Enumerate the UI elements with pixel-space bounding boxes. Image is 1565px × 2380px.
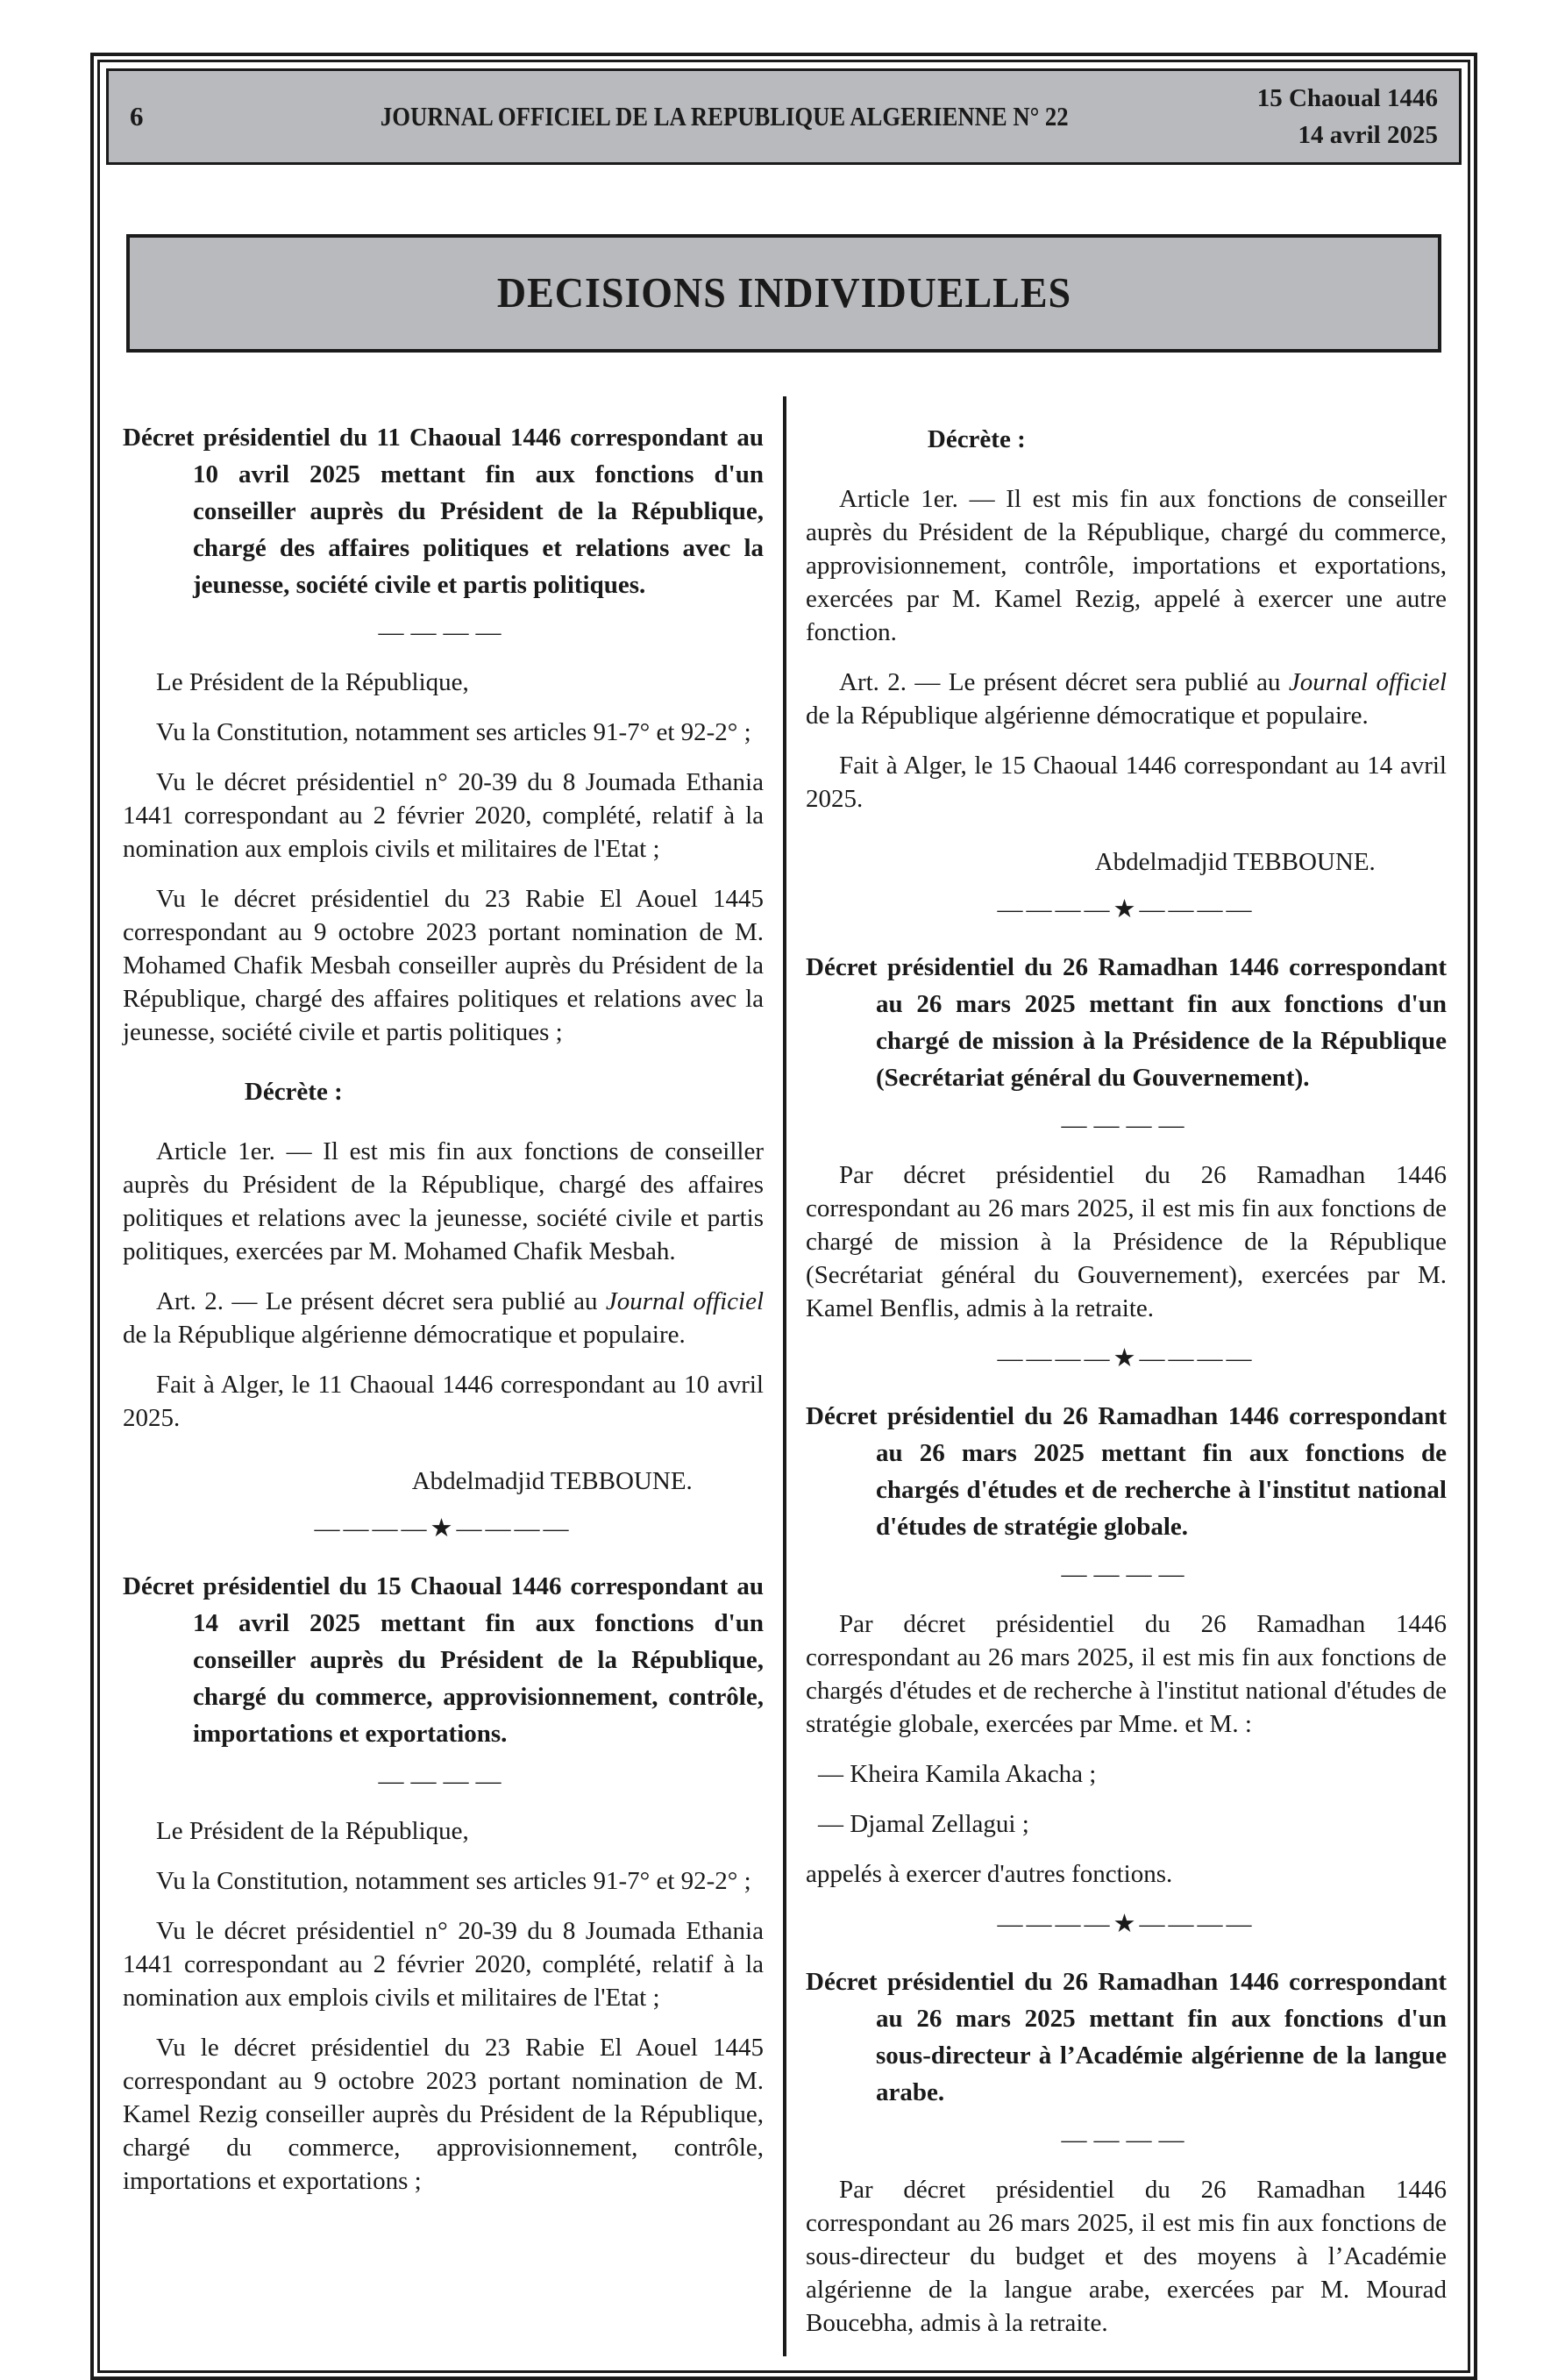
paragraph: Par décret présidentiel du 26 Ramadhan 1…: [806, 1607, 1447, 1741]
paragraph: Le Président de la République,: [123, 1814, 764, 1848]
column-right: Décrète :Article 1er. — Il est mis fin a…: [806, 396, 1447, 2356]
page-number: 6: [130, 101, 191, 132]
decree-heading: Décret présidentiel du 11 Chaoual 1446 c…: [123, 419, 764, 603]
decree-heading: Décret présidentiel du 26 Ramadhan 1446 …: [806, 1398, 1447, 1545]
masthead: 6 JOURNAL OFFICIEL DE LA REPUBLIQUE ALGE…: [106, 68, 1462, 165]
paragraph: Vu la Constitution, notamment ses articl…: [123, 716, 764, 749]
paragraph: Vu la Constitution, notamment ses articl…: [123, 1864, 764, 1898]
paragraph: Vu le décret présidentiel n° 20-39 du 8 …: [123, 1914, 764, 2014]
section-banner: DECISIONS INDIVIDUELLES: [126, 234, 1441, 353]
journal-title-text: JOURNAL OFFICIEL DE LA REPUBLIQUE ALGERI…: [381, 101, 1069, 132]
paragraph: Article 1er. — Il est mis fin aux foncti…: [123, 1135, 764, 1268]
paragraph: Le Président de la République,: [123, 666, 764, 699]
paragraph: Vu le décret présidentiel du 23 Rabie El…: [123, 2031, 764, 2198]
text-run: Art. 2. — Le présent décret sera publié …: [156, 1287, 606, 1315]
list-item: — Djamal Zellagui ;: [818, 1807, 1447, 1841]
paragraph: Par décret présidentiel du 26 Ramadhan 1…: [806, 2173, 1447, 2340]
decrete-label: Décrète :: [928, 423, 1447, 456]
page-frame: 6 JOURNAL OFFICIEL DE LA REPUBLIQUE ALGE…: [90, 53, 1477, 2380]
italic-text: Journal officiel: [1289, 668, 1447, 696]
paragraph: Art. 2. — Le présent décret sera publié …: [806, 666, 1447, 732]
column-left: Décret présidentiel du 11 Chaoual 1446 c…: [123, 396, 764, 2356]
text-run: de la République algérienne démocratique…: [123, 1321, 686, 1349]
date-gregorian: 14 avril 2025: [1257, 117, 1438, 153]
column-divider: [783, 396, 786, 2356]
columns: Décret présidentiel du 11 Chaoual 1446 c…: [100, 389, 1468, 2370]
paragraph: Art. 2. — Le présent décret sera publié …: [123, 1285, 764, 1351]
dash-separator: ————: [806, 1108, 1447, 1142]
page-frame-inner: 6 JOURNAL OFFICIEL DE LA REPUBLIQUE ALGE…: [97, 60, 1470, 2373]
dash-separator: ————: [123, 616, 764, 649]
journal-title: JOURNAL OFFICIEL DE LA REPUBLIQUE ALGERI…: [191, 101, 1257, 132]
signature: Abdelmadjid TEBBOUNE.: [806, 845, 1447, 879]
dash-separator: ————: [806, 2123, 1447, 2156]
signature: Abdelmadjid TEBBOUNE.: [123, 1464, 764, 1498]
paragraph: Vu le décret présidentiel n° 20-39 du 8 …: [123, 766, 764, 866]
paragraph: Fait à Alger, le 15 Chaoual 1446 corresp…: [806, 749, 1447, 816]
italic-text: Journal officiel: [606, 1287, 764, 1315]
paragraph: Fait à Alger, le 11 Chaoual 1446 corresp…: [123, 1368, 764, 1435]
dash-separator: ————: [806, 1557, 1447, 1591]
paragraph: Par décret présidentiel du 26 Ramadhan 1…: [806, 1158, 1447, 1325]
paragraph: Article 1er. — Il est mis fin aux foncti…: [806, 482, 1447, 649]
decree-heading: Décret présidentiel du 15 Chaoual 1446 c…: [123, 1568, 764, 1752]
text-run: de la République algérienne démocratique…: [806, 702, 1369, 730]
date-hijri: 15 Chaoual 1446: [1257, 80, 1438, 117]
section-banner-text: DECISIONS INDIVIDUELLES: [496, 267, 1071, 317]
paragraph: Vu le décret présidentiel du 23 Rabie El…: [123, 882, 764, 1049]
star-separator: ————★————: [806, 1907, 1447, 1941]
paragraph: appelés à exercer d'autres fonctions.: [806, 1857, 1447, 1891]
decree-heading: Décret présidentiel du 26 Ramadhan 1446 …: [806, 949, 1447, 1096]
decree-heading: Décret présidentiel du 26 Ramadhan 1446 …: [806, 1963, 1447, 2111]
star-separator: ————★————: [806, 1342, 1447, 1375]
star-separator: ————★————: [806, 893, 1447, 926]
dash-separator: ————: [123, 1764, 764, 1798]
text-run: Art. 2. — Le présent décret sera publié …: [839, 668, 1289, 696]
issue-dates: 15 Chaoual 1446 14 avril 2025: [1257, 80, 1438, 153]
star-separator: ————★————: [123, 1512, 764, 1545]
decrete-label: Décrète :: [245, 1075, 764, 1108]
list-item: — Kheira Kamila Akacha ;: [818, 1757, 1447, 1791]
